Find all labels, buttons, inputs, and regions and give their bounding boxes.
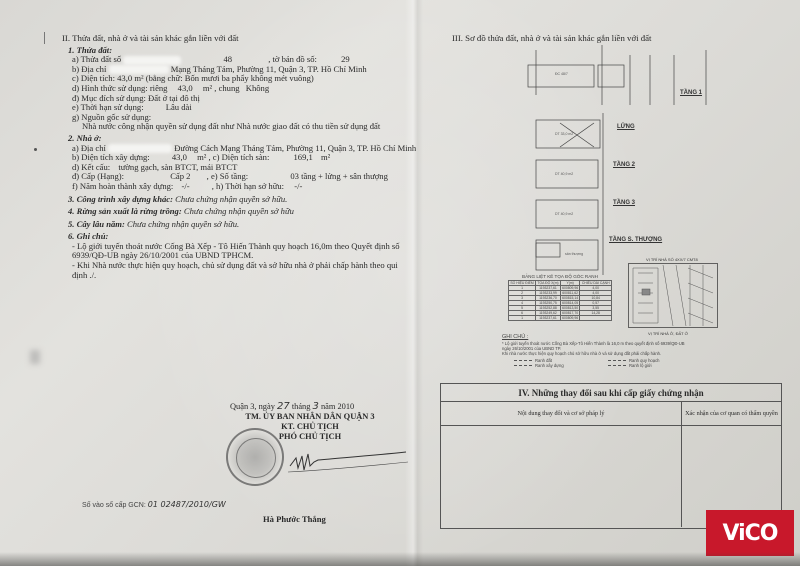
floors-label: , e) Số tầng: xyxy=(207,171,249,181)
other-works: 3. Công trình xây dựng khác: Chưa chứng … xyxy=(62,195,407,205)
drawing-legend: Ranh đất Ranh quy hoạch Ranh xây dựng Ra… xyxy=(502,358,692,368)
header-point: SỐ HIỆU ĐIỂM xyxy=(509,281,536,286)
forest-label: 4. Rừng sản xuất là rừng trồng: xyxy=(68,206,182,216)
page-fold xyxy=(405,0,423,566)
term-value: Lâu dài xyxy=(166,102,192,112)
location-caption-top: VỊ TRÍ NHÀ SỐ 4XX/7 CMT8 xyxy=(646,257,698,262)
address-label: b) Địa chỉ xyxy=(72,64,106,74)
issuing-org: TM. ỦY BAN NHÂN DÂN QUẬN 3 xyxy=(210,412,410,422)
coordinate-cell: 1193237,61 xyxy=(536,316,561,321)
brand-logo: ViCO xyxy=(722,521,777,546)
svg-text:sân thượng: sân thượng xyxy=(565,252,583,256)
coordinates: SỐ HIỆU ĐIỂM TỌA ĐỘ X(m) Y(m) CHIỀU DÀI … xyxy=(508,280,612,321)
issue-date: Quận 3, ngày 27 tháng 3 năm 2010 xyxy=(210,402,410,412)
date-month: 3 xyxy=(313,401,319,412)
use-form-label: d) Hình thức sử dụng: riêng xyxy=(72,83,167,93)
lot-number: 48 xyxy=(223,54,232,64)
floor-area-unit: m² xyxy=(321,152,330,162)
brand-watermark: ViCO xyxy=(706,510,794,556)
coordinate-table: BẢNG LIỆT KÊ TỌA ĐỘ GÓC RANH SỐ HIỆU ĐIỂ… xyxy=(508,274,612,321)
coordinate-cell: 1193236,70 xyxy=(536,296,561,301)
ownership-term-label: , h) Thời hạn sở hữu: xyxy=(212,181,284,191)
built-area-label: b) Diện tích xây dựng: xyxy=(72,152,150,162)
house-address-value: Đường Cách Mạng Tháng Tám, Phường 11, Qu… xyxy=(174,143,416,153)
area-unit: m² xyxy=(134,73,143,83)
use-form-shared: Không xyxy=(246,83,269,93)
use-form-private: 43,0 xyxy=(178,83,193,93)
built-area-value: 43,0 xyxy=(172,152,187,162)
coordinate-cell: 600809,96 xyxy=(560,316,580,321)
completion-value: -/- xyxy=(181,181,189,191)
floor-area-value: 169,1 xyxy=(294,152,313,162)
area-label: c) Diện tích: xyxy=(72,73,115,83)
map-sheet-number: 29 xyxy=(341,54,350,64)
other-works-value: Chưa chứng nhận quyền sở hữu. xyxy=(175,194,287,204)
coordinate-cell: 600813,50 xyxy=(560,306,580,311)
perennial: 5. Cây lâu năm: Chưa chứng nhận quyền sở… xyxy=(62,220,407,230)
structure-label: d) Kết cấu: xyxy=(72,162,110,172)
left-page-section-ii: II. Thửa đất, nhà ở và tài sản khác gắn … xyxy=(62,34,407,280)
other-works-label: 3. Công trình xây dựng khác: xyxy=(68,194,173,204)
svg-text:DT 33,0 m2: DT 33,0 m2 xyxy=(555,132,573,136)
grade-label: đ) Cấp (Hạng): xyxy=(72,171,124,181)
section-ii-title: II. Thửa đất, nhà ở và tài sản khác gắn … xyxy=(62,34,407,44)
coordinate-cell: 600815,14 xyxy=(560,296,580,301)
completion-label: f) Năm hoàn thành xây dựng: xyxy=(72,181,173,191)
location-map xyxy=(628,263,718,328)
land-origin-value: Nhà nước công nhận quyền sử dụng đất như… xyxy=(62,122,407,132)
svg-text:ĐC 48/7: ĐC 48/7 xyxy=(555,72,568,76)
header-length: CHIỀU DÀI CẠNH xyxy=(580,281,612,286)
changes-header: Nội dung thay đổi và cơ sở pháp lý Xác n… xyxy=(441,402,781,426)
grade-value: Cấp 2 xyxy=(170,171,190,181)
official-seal-icon xyxy=(226,428,284,486)
house-completion: f) Năm hoàn thành xây dựng: -/- , h) Thờ… xyxy=(62,182,407,192)
legend-item: Ranh xây dựng xyxy=(514,363,598,368)
use-form-unit: m² xyxy=(203,83,212,93)
term-label: e) Thời hạn sử dụng: xyxy=(72,102,144,112)
changes-col-content: Nội dung thay đổi và cơ sở pháp lý xyxy=(441,402,682,425)
coordinate-cell: 1193250,75 xyxy=(536,301,561,306)
note-item: - Khi Nhà nước thực hiện quy hoạch, chủ … xyxy=(62,261,402,280)
drawing-notes-heading: GHI CHÚ : xyxy=(502,335,692,340)
margin-mark xyxy=(44,32,45,44)
floor-label: TẦNG 3 xyxy=(613,200,635,206)
perennial-value: Chưa chứng nhận quyền sở hữu. xyxy=(127,219,239,229)
signer-role-1: KT. CHỦ TỊCH xyxy=(210,422,410,432)
year-label: năm 2010 xyxy=(321,402,354,411)
changes-title: IV. Những thay đổi sau khi cấp giấy chứn… xyxy=(441,384,781,402)
purpose-label: đ) Mục đích sử dụng: xyxy=(72,93,146,103)
drawing-note-line: Khi nhà nước thực hiện quy hoạch chủ sở … xyxy=(502,351,692,356)
floors-value: 03 tầng + lửng + sân thượng xyxy=(290,171,388,181)
header-x: TỌA ĐỘ X(m) xyxy=(536,281,561,286)
coordinate-cell xyxy=(580,316,612,321)
changes-content-cell xyxy=(441,426,682,527)
area-words: (bằng chữ: Bốn mươi ba phẩy không mét vu… xyxy=(146,73,314,83)
smudge xyxy=(30,350,40,364)
coordinate-cell: 1193233,99 xyxy=(536,291,561,296)
built-area-unit: m² xyxy=(197,152,206,162)
margin-dot xyxy=(34,148,37,151)
house-address-label: a) Địa chỉ xyxy=(72,143,106,153)
registry-number: Số vào sổ cấp GCN: 01 02487/2010/GW xyxy=(82,500,226,509)
drawing-note-line: * Lộ giới tuyến thoát nước Cống Bà Xếp-T… xyxy=(502,341,692,351)
coordinate-cell: 1 xyxy=(509,316,536,321)
perennial-label: 5. Cây lâu năm: xyxy=(68,219,125,229)
map-sheet-label: , tờ bản đồ số: xyxy=(268,54,317,64)
svg-text:DT 40,9 m2: DT 40,9 m2 xyxy=(555,212,573,216)
coordinate-cell: 600809,96 xyxy=(560,286,580,291)
drawing-notes: GHI CHÚ : * Lộ giới tuyến thoát nước Cốn… xyxy=(502,335,692,368)
floor-label: TẦNG 2 xyxy=(613,162,635,168)
coordinate-cell: 600811,62 xyxy=(560,291,580,296)
redacted xyxy=(123,56,181,65)
coordinate-cell: 600814,05 xyxy=(560,301,580,306)
structure-value: tường gạch, sàn BTCT, mái BTCT xyxy=(118,162,237,172)
certificate-scan: II. Thửa đất, nhà ở và tài sản khác gắn … xyxy=(0,0,800,566)
changes-table: IV. Những thay đổi sau khi cấp giấy chứn… xyxy=(440,383,782,529)
forest-value: Chưa chứng nhận quyền sở hữu xyxy=(184,206,294,216)
coordinate-table-caption: BẢNG LIỆT KÊ TỌA ĐỘ GÓC RANH xyxy=(508,274,612,279)
section-iii-title: III. Sơ đồ thửa đất, nhà ở và tài sản kh… xyxy=(452,33,652,43)
area-value: 43,0 xyxy=(117,73,132,83)
floor-label: TẦNG S. THƯỢNG xyxy=(609,237,662,243)
coordinate-cell: 1193252,88 xyxy=(536,306,561,311)
month-label: tháng xyxy=(292,402,311,411)
address-value: Mạng Tháng Tám, Phường 11, Quận 3, TP. H… xyxy=(171,64,367,74)
purpose-value: Đất ở tại đô thị xyxy=(148,93,200,103)
floor-label: TẦNG 1 xyxy=(680,90,702,96)
coordinate-cell: 1193237,61 xyxy=(536,286,561,291)
registry-label: Số vào sổ cấp GCN: xyxy=(82,502,146,509)
date-prefix: Quận 3, ngày xyxy=(230,402,275,411)
registry-value: 01 02487/2010/GW xyxy=(148,500,226,509)
date-day: 27 xyxy=(277,401,290,412)
redacted xyxy=(109,65,169,74)
floor-area-label: , c) Diện tích sàn: xyxy=(208,152,269,162)
redacted xyxy=(108,144,172,153)
ownership-term-value: -/- xyxy=(294,181,302,191)
coordinate-cell: 1193249,62 xyxy=(536,311,561,316)
forest: 4. Rừng sản xuất là rừng trồng: Chưa chứ… xyxy=(62,207,407,217)
note-item: - Lộ giới tuyến thoát nước Cống Bà Xếp -… xyxy=(62,242,402,261)
signer-name: Hà Phước Thắng xyxy=(263,514,326,524)
lot-label: a) Thửa đất số xyxy=(72,54,121,64)
coordinate-row: 11193237,61600809,96 xyxy=(509,316,612,321)
use-form-shared-label: , chung xyxy=(214,83,239,93)
changes-col-confirmation: Xác nhận của cơ quan có thẩm quyền xyxy=(682,402,781,425)
svg-text:DT 40,9 m2: DT 40,9 m2 xyxy=(555,172,573,176)
coordinate-cell: 600817,70 xyxy=(560,311,580,316)
signature-icon xyxy=(288,448,408,474)
legend-item: Ranh lộ giới xyxy=(608,363,692,368)
floor-label: LỬNG xyxy=(617,124,635,130)
